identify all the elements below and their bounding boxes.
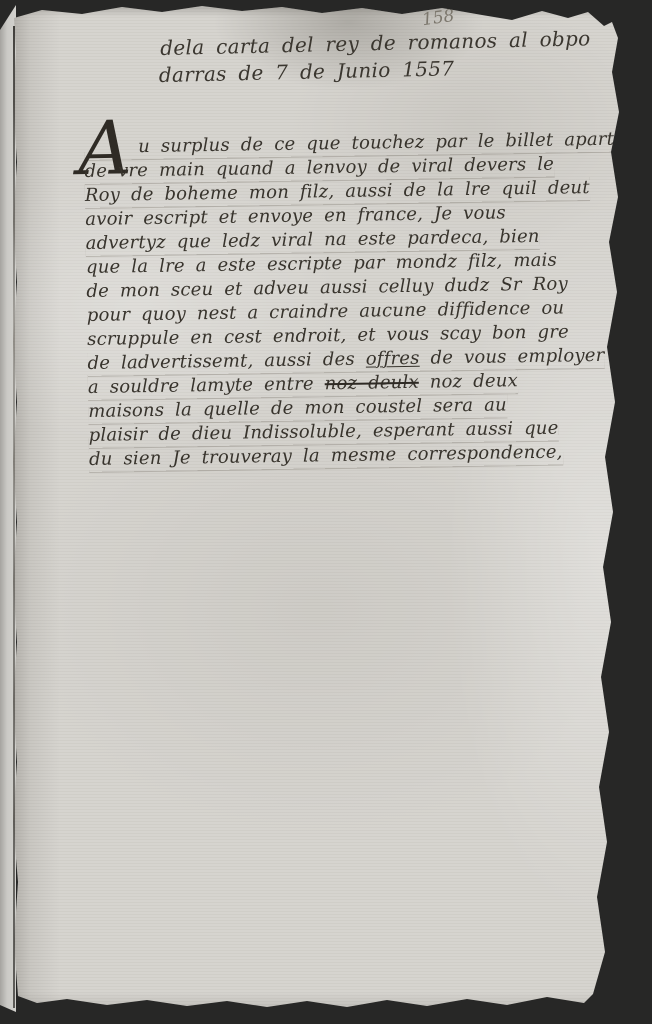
- struck-text: noz deulx: [325, 372, 419, 394]
- underlined-text: offres: [366, 348, 420, 370]
- gutter-crease: [13, 26, 15, 1008]
- text-segment: noz deux: [419, 370, 518, 393]
- folio-number: 158: [421, 6, 456, 30]
- manuscript-page: 158 dela carta del rey de romanos al obp…: [12, 2, 624, 1016]
- text-segment: a souldre lamyte entre: [88, 373, 325, 398]
- letter-body: Au surplus de ce que touchez par le bill…: [84, 128, 619, 472]
- text-segment: de ladvertissemt, aussi des: [87, 349, 366, 374]
- heading: dela carta del rey de romanos al obpo da…: [160, 26, 591, 87]
- text-segment: de vous employer: [419, 345, 604, 369]
- manuscript-scan: 158 dela carta del rey de romanos al obp…: [0, 0, 652, 1024]
